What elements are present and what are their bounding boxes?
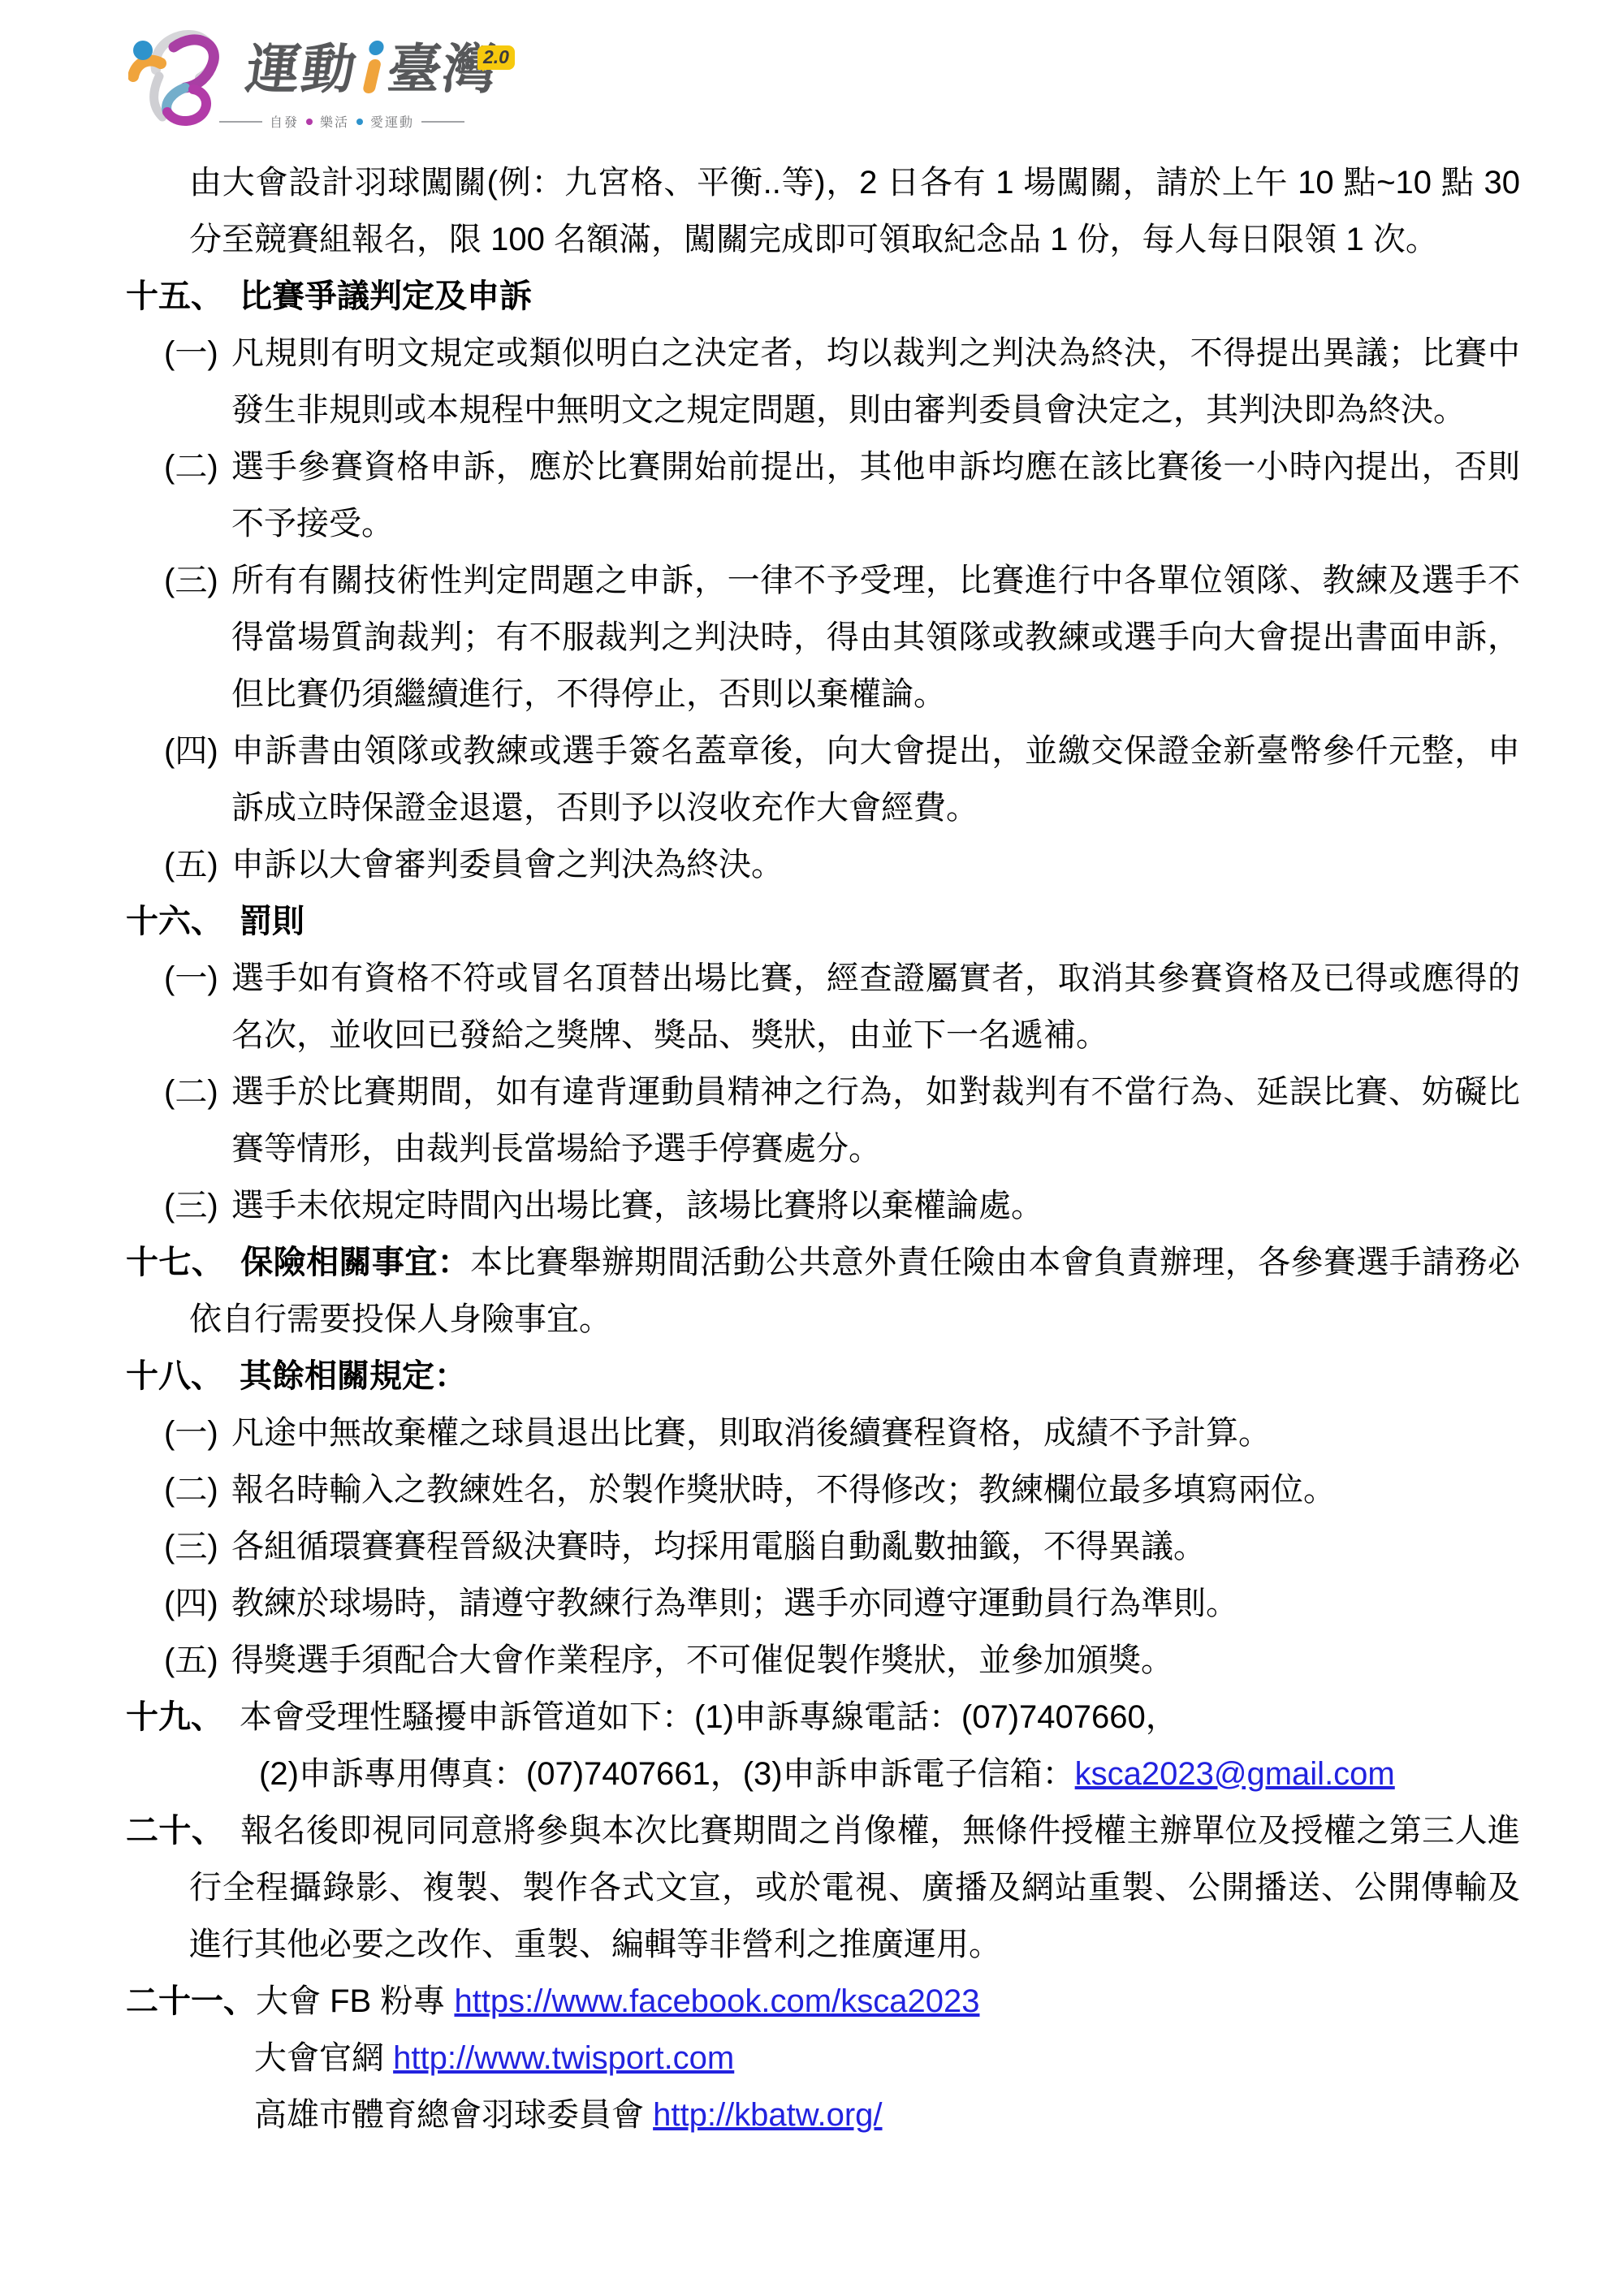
document-content: 由大會設計羽球闖關(例：九宮格、平衡..等)，2 日各有 1 場闖關，請於上午 … xyxy=(0,154,1624,2143)
item-text: 申訴書由領隊或教練或選手簽名蓋章後，向大會提出，並繳交保證金新臺幣參仟元整，申訴… xyxy=(231,723,1520,836)
item-text: 選手如有資格不符或冒名頂替出場比賽，經查證屬實者，取消其參賽資格及已得或應得的名… xyxy=(231,950,1520,1064)
list-item: (五) 得獎選手須配合大會作業程序，不可催促製作獎狀，並參加頒獎。 xyxy=(126,1632,1520,1689)
section-19-text: 本會受理性騷擾申訴管道如下：(1)申訴專線電話：(07)7407660， xyxy=(240,1699,1178,1735)
item-label: (三) xyxy=(164,1177,231,1234)
complaint-email-link[interactable]: ksca2023@gmail.com xyxy=(1075,1756,1395,1792)
official-site-label: 大會官網 xyxy=(254,2040,393,2076)
list-item: (一) 凡途中無故棄權之球員退出比賽，則取消後續賽程資格，成績不予計算。 xyxy=(126,1405,1520,1461)
item-text: 報名時輸入之教練姓名，於製作獎狀時，不得修改；教練欄位最多填寫兩位。 xyxy=(231,1461,1520,1518)
tagline-word-2: 樂活 xyxy=(320,112,349,131)
intro-paragraph: 由大會設計羽球闖關(例：九宮格、平衡..等)，2 日各有 1 場闖關，請於上午 … xyxy=(189,154,1520,268)
logo-i-dot xyxy=(368,41,385,55)
section-21-line3: 高雄市體育總會羽球委員會 http://kbatw.org/ xyxy=(254,2087,1520,2143)
item-label: (五) xyxy=(164,1632,231,1689)
list-item: (二) 報名時輸入之教練姓名，於製作獎狀時，不得修改；教練欄位最多填寫兩位。 xyxy=(126,1461,1520,1518)
item-text: 所有有關技術性判定問題之申訴，一律不予受理，比賽進行中各單位領隊、教練及選手不得… xyxy=(231,552,1520,723)
official-site-link[interactable]: http://www.twisport.com xyxy=(393,2040,734,2076)
logo-i-stem xyxy=(362,58,382,93)
section-19-number: 十九、 xyxy=(126,1699,223,1735)
sport-i-taiwan-logo: 運動臺灣 2.0 自發 樂活 愛運動 xyxy=(128,21,518,135)
logo-tagline: 自發 樂活 愛運動 xyxy=(219,112,464,131)
section-19-line2: (2)申訴專用傳真：(07)7407661，(3)申訴申訴電子信箱：ksca20… xyxy=(259,1746,1520,1802)
item-label: (四) xyxy=(164,1575,231,1632)
item-text: 申訴以大會審判委員會之判決為終決。 xyxy=(231,836,1520,893)
section-18-heading: 十八、其餘相關規定： xyxy=(126,1348,1520,1405)
logo-text-part1: 運動 xyxy=(243,42,361,96)
item-label: (五) xyxy=(164,836,231,893)
item-text: 凡途中無故棄權之球員退出比賽，則取消後續賽程資格，成績不予計算。 xyxy=(231,1405,1520,1461)
facebook-page-link[interactable]: https://www.facebook.com/ksca2023 xyxy=(454,1983,979,2019)
item-label: (二) xyxy=(164,1461,231,1518)
list-item: (一) 選手如有資格不符或冒名頂替出場比賽，經查證屬實者，取消其參賽資格及已得或… xyxy=(126,950,1520,1064)
list-item: (二) 選手參賽資格申訴，應於比賽開始前提出，其他申訴均應在該比賽後一小時內提出… xyxy=(126,438,1520,552)
tagline-dash-left xyxy=(219,121,262,123)
section-20: 二十、報名後即視同同意將參與本次比賽期間之肖像權，無條件授權主辦單位及授權之第三… xyxy=(126,1802,1520,1973)
list-item: (四) 申訴書由領隊或教練或選手簽名蓋章後，向大會提出，並繳交保證金新臺幣參仟元… xyxy=(126,723,1520,836)
kbatw-link[interactable]: http://kbatw.org/ xyxy=(653,2097,882,2133)
section-17-number: 十七、 xyxy=(126,1245,224,1280)
facebook-link-label: 大會 FB 粉專 xyxy=(256,1983,454,2019)
section-20-text: 報名後即視同同意將參與本次比賽期間之肖像權，無條件授權主辦單位及授權之第三人進行… xyxy=(189,1813,1520,1962)
section-15-heading: 十五、比賽爭議判定及申訴 xyxy=(126,268,1520,325)
item-text: 得獎選手須配合大會作業程序，不可催促製作獎狀，並參加頒獎。 xyxy=(231,1632,1520,1689)
item-label: (一) xyxy=(164,950,231,1064)
section-19-line1: 十九、本會受理性騷擾申訴管道如下：(1)申訴專線電話：(07)7407660， xyxy=(126,1689,1520,1746)
tagline-word-3: 愛運動 xyxy=(370,112,414,131)
section-15-title: 比賽爭議判定及申訴 xyxy=(240,278,532,314)
item-label: (二) xyxy=(164,1064,231,1177)
list-item: (五) 申訴以大會審判委員會之判決為終決。 xyxy=(126,836,1520,893)
logo-version-badge: 2.0 xyxy=(477,45,515,70)
section-17: 十七、保險相關事宜：本比賽舉辦期間活動公共意外責任險由本會負責辦理，各參賽選手請… xyxy=(126,1234,1520,1348)
item-text: 選手未依規定時間內出場比賽，該場比賽將以棄權論處。 xyxy=(231,1177,1520,1234)
section-19-line2-text: (2)申訴專用傳真：(07)7407661，(3)申訴申訴電子信箱： xyxy=(259,1756,1075,1792)
section-21-number: 二十一、 xyxy=(126,1983,256,2019)
section-18-title: 其餘相關規定： xyxy=(240,1358,467,1394)
section-16-title: 罰則 xyxy=(240,904,304,939)
tagline-dot-magenta xyxy=(306,119,313,125)
list-item: (二) 選手於比賽期間，如有違背運動員精神之行為，如對裁判有不當行為、延誤比賽、… xyxy=(126,1064,1520,1177)
section-21-line2: 大會官網 http://www.twisport.com xyxy=(254,2030,1520,2087)
sport-i-taiwan-logo-mark-icon xyxy=(128,26,229,130)
logo-wordmark: 運動臺灣 xyxy=(243,41,503,96)
logo-head-dot xyxy=(133,41,153,60)
item-text: 教練於球場時，請遵守教練行為準則；選手亦同遵守運動員行為準則。 xyxy=(231,1575,1520,1632)
item-label: (三) xyxy=(164,1518,231,1575)
list-item: (四) 教練於球場時，請遵守教練行為準則；選手亦同遵守運動員行為準則。 xyxy=(126,1575,1520,1632)
item-label: (一) xyxy=(164,325,231,438)
item-label: (一) xyxy=(164,1405,231,1461)
tagline-word-1: 自發 xyxy=(270,112,299,131)
item-label: (四) xyxy=(164,723,231,836)
kbatw-label: 高雄市體育總會羽球委員會 xyxy=(254,2097,653,2133)
section-21-line1: 二十一、大會 FB 粉專 https://www.facebook.com/ks… xyxy=(126,1973,1520,2030)
item-label: (三) xyxy=(164,552,231,723)
section-17-title: 保險相關事宜： xyxy=(240,1245,470,1280)
item-text: 選手參賽資格申訴，應於比賽開始前提出，其他申訴均應在該比賽後一小時內提出，否則不… xyxy=(231,438,1520,552)
document-page: { "page": { "background": "#ffffff", "te… xyxy=(0,0,1624,2296)
section-20-number: 二十、 xyxy=(126,1813,224,1849)
list-item: (三) 選手未依規定時間內出場比賽，該場比賽將以棄權論處。 xyxy=(126,1177,1520,1234)
tagline-dot-blue xyxy=(356,119,363,125)
section-16-number: 十六、 xyxy=(126,904,223,939)
section-15-number: 十五、 xyxy=(126,278,223,314)
item-label: (二) xyxy=(164,438,231,552)
list-item: (三) 各組循環賽賽程晉級決賽時，均採用電腦自動亂數抽籤，不得異議。 xyxy=(126,1518,1520,1575)
section-16-heading: 十六、罰則 xyxy=(126,893,1520,950)
section-18-number: 十八、 xyxy=(126,1358,223,1394)
list-item: (一) 凡規則有明文規定或類似明白之決定者，均以裁判之判決為終決，不得提出異議；… xyxy=(126,325,1520,438)
item-text: 選手於比賽期間，如有違背運動員精神之行為，如對裁判有不當行為、延誤比賽、妨礙比賽… xyxy=(231,1064,1520,1177)
item-text: 凡規則有明文規定或類似明白之決定者，均以裁判之判決為終決，不得提出異議；比賽中發… xyxy=(231,325,1520,438)
tagline-dash-right xyxy=(421,121,464,123)
list-item: (三) 所有有關技術性判定問題之申訴，一律不予受理，比賽進行中各單位領隊、教練及… xyxy=(126,552,1520,723)
item-text: 各組循環賽賽程晉級決賽時，均採用電腦自動亂數抽籤，不得異議。 xyxy=(231,1518,1520,1575)
